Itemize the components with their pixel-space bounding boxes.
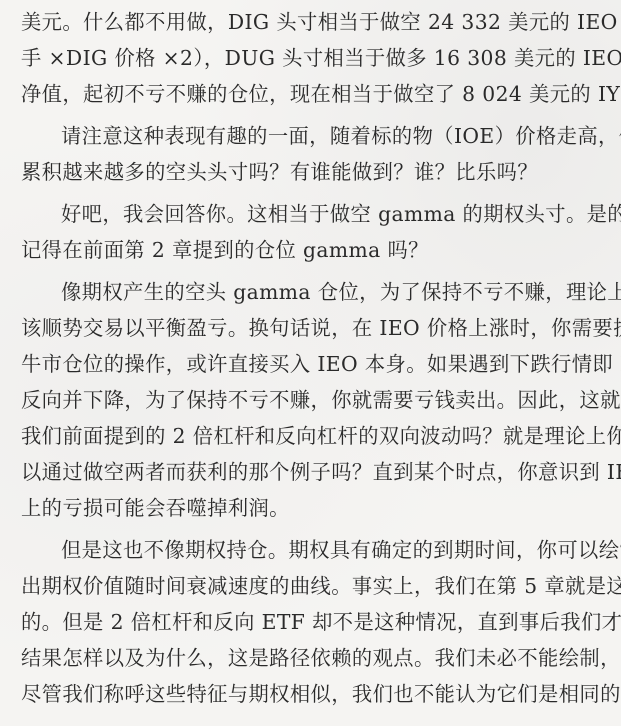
paragraph-4-line-2: 该顺势交易以平衡盈亏。换句话说，在 IEO 价格上涨时，你需要执行 bbox=[21, 313, 605, 343]
paragraph-4-line-3: 牛市仓位的操作，或许直接买入 IEO 本身。如果遇到下跌行情即 IEO bbox=[21, 349, 605, 379]
paragraph-4-line-6: 以通过做空两者而获利的那个例子吗？直到某个时点，你意识到 IEO bbox=[21, 457, 605, 487]
paragraph-4-line-1: 像期权产生的空头 gamma 仓位，为了保持不亏不赚，理论上你应 bbox=[61, 277, 605, 307]
paragraph-5-line-4: 结果怎样以及为什么，这是路径依赖的观点。我们未必不能绘制，所以 bbox=[21, 643, 605, 673]
paragraph-2-line-1: 请注意这种表现有趣的一面，随着标的物（IOE）价格走高，你会 bbox=[61, 121, 605, 151]
paragraph-1-line-2: 手 ×DIG 价格 ×2），DUG 头寸相当于做多 16 308 美元的 IEO… bbox=[21, 43, 605, 73]
paragraph-5-line-5: 尽管我们称呼这些特征与期权相似，我们也不能认为它们是相同的。 bbox=[21, 679, 605, 709]
paragraph-5-line-3: 的。但是 2 倍杠杆和反向 ETF 却不是这种情况，直到事后我们才知道 bbox=[21, 607, 605, 637]
paragraph-3-line-2: 记得在前面第 2 章提到的仓位 gamma 吗？ bbox=[21, 235, 605, 265]
paragraph-1-line-3: 净值，起初不亏不赚的仓位，现在相当于做空了 8 024 美元的 IYE。 bbox=[21, 79, 605, 109]
paragraph-4-line-5: 我们前面提到的 2 倍杠杆和反向杠杆的双向波动吗？就是理论上你可 bbox=[21, 421, 605, 451]
book-page: 美元。什么都不用做，DIG 头寸相当于做空 24 332 美元的 IEO（100… bbox=[0, 0, 621, 726]
paragraph-1-line-1: 美元。什么都不用做，DIG 头寸相当于做空 24 332 美元的 IEO（100 bbox=[21, 7, 605, 37]
paragraph-5-line-1: 但是这也不像期权持仓。期权具有确定的到期时间，你可以绘制 bbox=[61, 535, 605, 565]
paragraph-4-line-4: 反向并下降，为了保持不亏不赚，你就需要亏钱卖出。因此，这就是 bbox=[21, 385, 605, 415]
paragraph-3-line-1: 好吧，我会回答你。这相当于做空 gamma 的期权头寸。是的，还 bbox=[61, 199, 605, 229]
paragraph-4-line-7: 上的亏损可能会吞噬掉利润。 bbox=[21, 493, 605, 523]
paragraph-2-line-2: 累积越来越多的空头头寸吗？有谁能做到？谁？比乐吗？ bbox=[21, 157, 605, 187]
paragraph-5-line-2: 出期权价值随时间衰减速度的曲线。事实上，我们在第 5 章就是这么做 bbox=[21, 571, 605, 601]
